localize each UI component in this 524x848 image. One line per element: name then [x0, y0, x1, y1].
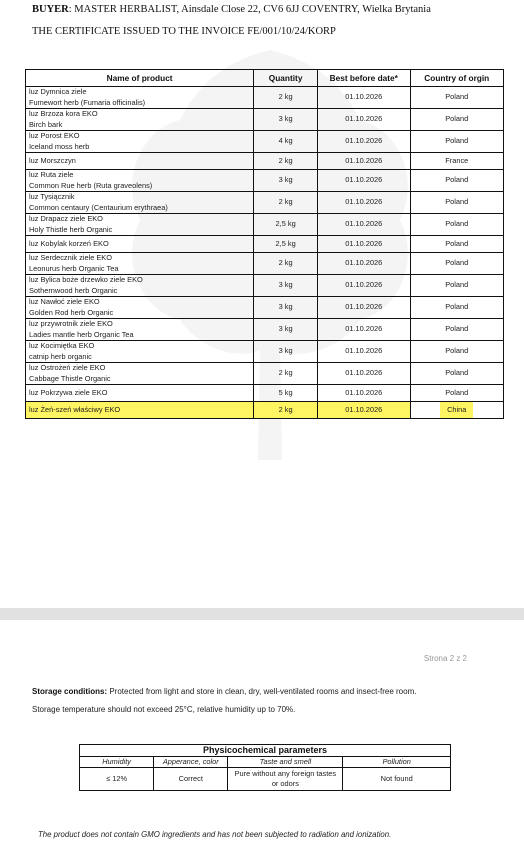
table-row: luz Brzoza kora EKOBirch bark3 kg01.10.2… [26, 109, 504, 131]
table-header-row: Name of product Quantity Best before dat… [26, 70, 504, 87]
table-row: luz Kocimiętka EKOcatnip herb organic3 k… [26, 341, 504, 363]
storage-conditions: Storage conditions: Protected from light… [32, 683, 492, 719]
header-appearance: Apperance, color [154, 757, 228, 768]
quantity-cell: 2 kg [254, 87, 318, 109]
best-before-cell: 01.10.2026 [318, 319, 411, 341]
product-name-pl: luz Bylica boże drzewko ziele EKO [29, 275, 250, 286]
table-row: luz Kobylak korzeń EKO2,5 kg01.10.2026Po… [26, 236, 504, 253]
products-table: Name of product Quantity Best before dat… [25, 69, 504, 419]
quantity-cell: 2 kg [254, 153, 318, 170]
product-name-pl: luz Ruta ziele [29, 170, 250, 181]
product-name-cell: luz Żeń-szeń właściwy EKO [26, 402, 254, 419]
table-row: luz Drapacz ziele EKOHoly Thistle herb O… [26, 214, 504, 236]
column-header-best-before: Best before date* [318, 70, 411, 87]
best-before-cell: 01.10.2026 [318, 236, 411, 253]
product-name-cell: luz Kobylak korzeń EKO [26, 236, 254, 253]
table-row: luz TysiącznikCommon centaury (Centauriu… [26, 192, 504, 214]
best-before-cell: 01.10.2026 [318, 253, 411, 275]
quantity-cell: 2,5 kg [254, 236, 318, 253]
origin-cell: Poland [410, 214, 503, 236]
product-name-en: Iceland moss herb [29, 142, 250, 153]
column-header-name: Name of product [26, 70, 254, 87]
origin-cell: Poland [410, 275, 503, 297]
header-taste-smell: Taste and smell [228, 757, 343, 768]
quantity-cell: 3 kg [254, 341, 318, 363]
table-row: luz Bylica boże drzewko ziele EKOSothern… [26, 275, 504, 297]
origin-cell: Poland [410, 87, 503, 109]
product-name-cell: luz Kocimiętka EKOcatnip herb organic [26, 341, 254, 363]
quantity-cell: 3 kg [254, 275, 318, 297]
best-before-cell: 01.10.2026 [318, 402, 411, 419]
origin-cell: Poland [410, 341, 503, 363]
certificate-line: THE CERTIFICATE ISSUED TO THE INVOICE FE… [32, 26, 336, 37]
quantity-cell: 3 kg [254, 109, 318, 131]
product-name-pl: luz Nawłoć ziele EKO [29, 297, 250, 308]
value-humidity: ≤ 12% [80, 768, 154, 791]
quantity-cell: 2,5 kg [254, 214, 318, 236]
best-before-cell: 01.10.2026 [318, 214, 411, 236]
buyer-label: BUYER [32, 4, 69, 15]
quantity-cell: 2 kg [254, 363, 318, 385]
best-before-cell: 01.10.2026 [318, 275, 411, 297]
product-name-pl: luz Kocimiętka EKO [29, 341, 250, 352]
best-before-cell: 01.10.2026 [318, 170, 411, 192]
origin-cell: Poland [410, 297, 503, 319]
product-name-pl: luz Drapacz ziele EKO [29, 214, 250, 225]
product-name-cell: luz Drapacz ziele EKOHoly Thistle herb O… [26, 214, 254, 236]
header-humidity: Humidity [80, 757, 154, 768]
table-row: luz Serdecznik ziele EKOLeonurus herb Or… [26, 253, 504, 275]
product-name-pl: luz Ostrożeń ziele EKO [29, 363, 250, 374]
product-name-en: Golden Rod herb Organic [29, 308, 250, 319]
origin-cell: Poland [410, 192, 503, 214]
value-pollution: Not found [343, 768, 451, 791]
table-row: luz Porost EKOIceland moss herb4 kg01.10… [26, 131, 504, 153]
table-row: luz Morszczyn2 kg01.10.2026France [26, 153, 504, 170]
page-number: Strona 2 z 2 [424, 654, 467, 663]
product-name-pl: luz Tysiącznik [29, 192, 250, 203]
product-name-pl: luz Morszczyn [29, 156, 250, 167]
product-name-en: Leonurus herb Organic Tea [29, 264, 250, 275]
page-separator [0, 608, 524, 620]
origin-cell: Poland [410, 319, 503, 341]
table-row: luz Nawłoć ziele EKOGolden Rod herb Orga… [26, 297, 504, 319]
product-name-pl: luz Dymnica ziele [29, 87, 250, 98]
product-name-cell: luz Bylica boże drzewko ziele EKOSothern… [26, 275, 254, 297]
storage-text: Protected from light and store in clean,… [107, 687, 416, 696]
document-page-1: BUYER: MASTER HERBALIST, Ainsdale Close … [0, 0, 524, 608]
product-name-en: Common centaury (Centaurium erythraea) [29, 203, 250, 214]
origin-cell: China [410, 402, 503, 419]
product-name-cell: luz Porost EKOIceland moss herb [26, 131, 254, 153]
product-name-pl: luz przywrotnik ziele EKO [29, 319, 250, 330]
product-name-cell: luz Serdecznik ziele EKOLeonurus herb Or… [26, 253, 254, 275]
quantity-cell: 2 kg [254, 192, 318, 214]
table-row: luz Dymnica zieleFumewort herb (Fumaria … [26, 87, 504, 109]
quantity-cell: 2 kg [254, 253, 318, 275]
product-name-pl: luz Brzoza kora EKO [29, 109, 250, 120]
product-name-cell: luz Nawłoć ziele EKOGolden Rod herb Orga… [26, 297, 254, 319]
buyer-address: : MASTER HERBALIST, Ainsdale Close 22, C… [69, 4, 431, 15]
product-name-cell: luz Brzoza kora EKOBirch bark [26, 109, 254, 131]
product-name-en: Cabbage Thistle Organic [29, 374, 250, 385]
product-name-en: Ladies mantle herb Organic Tea [29, 330, 250, 341]
physicochemical-table: Physicochemical parameters Humidity Appe… [79, 744, 451, 791]
column-header-origin: Country of orgin [410, 70, 503, 87]
product-name-cell: luz przywrotnik ziele EKOLadies mantle h… [26, 319, 254, 341]
table-row: luz Pokrzywa ziele EKO5 kg01.10.2026Pola… [26, 385, 504, 402]
product-name-en: Common Rue herb (Ruta graveolens) [29, 181, 250, 192]
buyer-line: BUYER: MASTER HERBALIST, Ainsdale Close … [32, 4, 431, 15]
table-row: luz przywrotnik ziele EKOLadies mantle h… [26, 319, 504, 341]
origin-cell: Poland [410, 131, 503, 153]
origin-cell: Poland [410, 236, 503, 253]
best-before-cell: 01.10.2026 [318, 363, 411, 385]
header-pollution: Pollution [343, 757, 451, 768]
quantity-cell: 4 kg [254, 131, 318, 153]
product-name-en: Fumewort herb (Fumaria officinalis) [29, 98, 250, 109]
best-before-cell: 01.10.2026 [318, 297, 411, 319]
origin-cell: Poland [410, 363, 503, 385]
origin-cell: Poland [410, 109, 503, 131]
product-name-cell: luz Dymnica zieleFumewort herb (Fumaria … [26, 87, 254, 109]
product-name-pl: luz Żeń-szeń właściwy EKO [29, 405, 250, 416]
quantity-cell: 2 kg [254, 402, 318, 419]
origin-cell: Poland [410, 385, 503, 402]
storage-temperature-text: Storage temperature should not exceed 25… [32, 701, 492, 719]
best-before-cell: 01.10.2026 [318, 385, 411, 402]
gmo-note: The product does not contain GMO ingredi… [38, 830, 391, 839]
origin-cell: Poland [410, 253, 503, 275]
product-name-en: catnip herb organic [29, 352, 250, 363]
value-appearance: Correct [154, 768, 228, 791]
best-before-cell: 01.10.2026 [318, 131, 411, 153]
best-before-cell: 01.10.2026 [318, 341, 411, 363]
product-name-pl: luz Kobylak korzeń EKO [29, 239, 250, 250]
origin-cell: France [410, 153, 503, 170]
best-before-cell: 01.10.2026 [318, 87, 411, 109]
table-row: luz Ruta zieleCommon Rue herb (Ruta grav… [26, 170, 504, 192]
product-name-cell: luz Ostrożeń ziele EKOCabbage Thistle Or… [26, 363, 254, 385]
document-page-2: Strona 2 z 2 Storage conditions: Protect… [0, 620, 524, 848]
quantity-cell: 3 kg [254, 170, 318, 192]
product-name-pl: luz Pokrzywa ziele EKO [29, 388, 250, 399]
product-name-en: Holy Thistle herb Organic [29, 225, 250, 236]
product-name-cell: luz Ruta zieleCommon Rue herb (Ruta grav… [26, 170, 254, 192]
product-name-en: Birch bark [29, 120, 250, 131]
storage-label: Storage conditions: [32, 687, 107, 696]
product-name-en: Sothernwood herb Organic [29, 286, 250, 297]
table-row: luz Ostrożeń ziele EKOCabbage Thistle Or… [26, 363, 504, 385]
best-before-cell: 01.10.2026 [318, 192, 411, 214]
physicochemical-title: Physicochemical parameters [80, 745, 451, 757]
origin-cell: Poland [410, 170, 503, 192]
column-header-quantity: Quantity [254, 70, 318, 87]
best-before-cell: 01.10.2026 [318, 109, 411, 131]
product-name-cell: luz Pokrzywa ziele EKO [26, 385, 254, 402]
product-name-pl: luz Porost EKO [29, 131, 250, 142]
quantity-cell: 3 kg [254, 297, 318, 319]
product-name-pl: luz Serdecznik ziele EKO [29, 253, 250, 264]
quantity-cell: 5 kg [254, 385, 318, 402]
table-row: luz Żeń-szeń właściwy EKO2 kg01.10.2026C… [26, 402, 504, 419]
product-name-cell: luz Morszczyn [26, 153, 254, 170]
best-before-cell: 01.10.2026 [318, 153, 411, 170]
value-taste-smell: Pure without any foreign tastes or odors [228, 768, 343, 791]
quantity-cell: 3 kg [254, 319, 318, 341]
product-name-cell: luz TysiącznikCommon centaury (Centauriu… [26, 192, 254, 214]
